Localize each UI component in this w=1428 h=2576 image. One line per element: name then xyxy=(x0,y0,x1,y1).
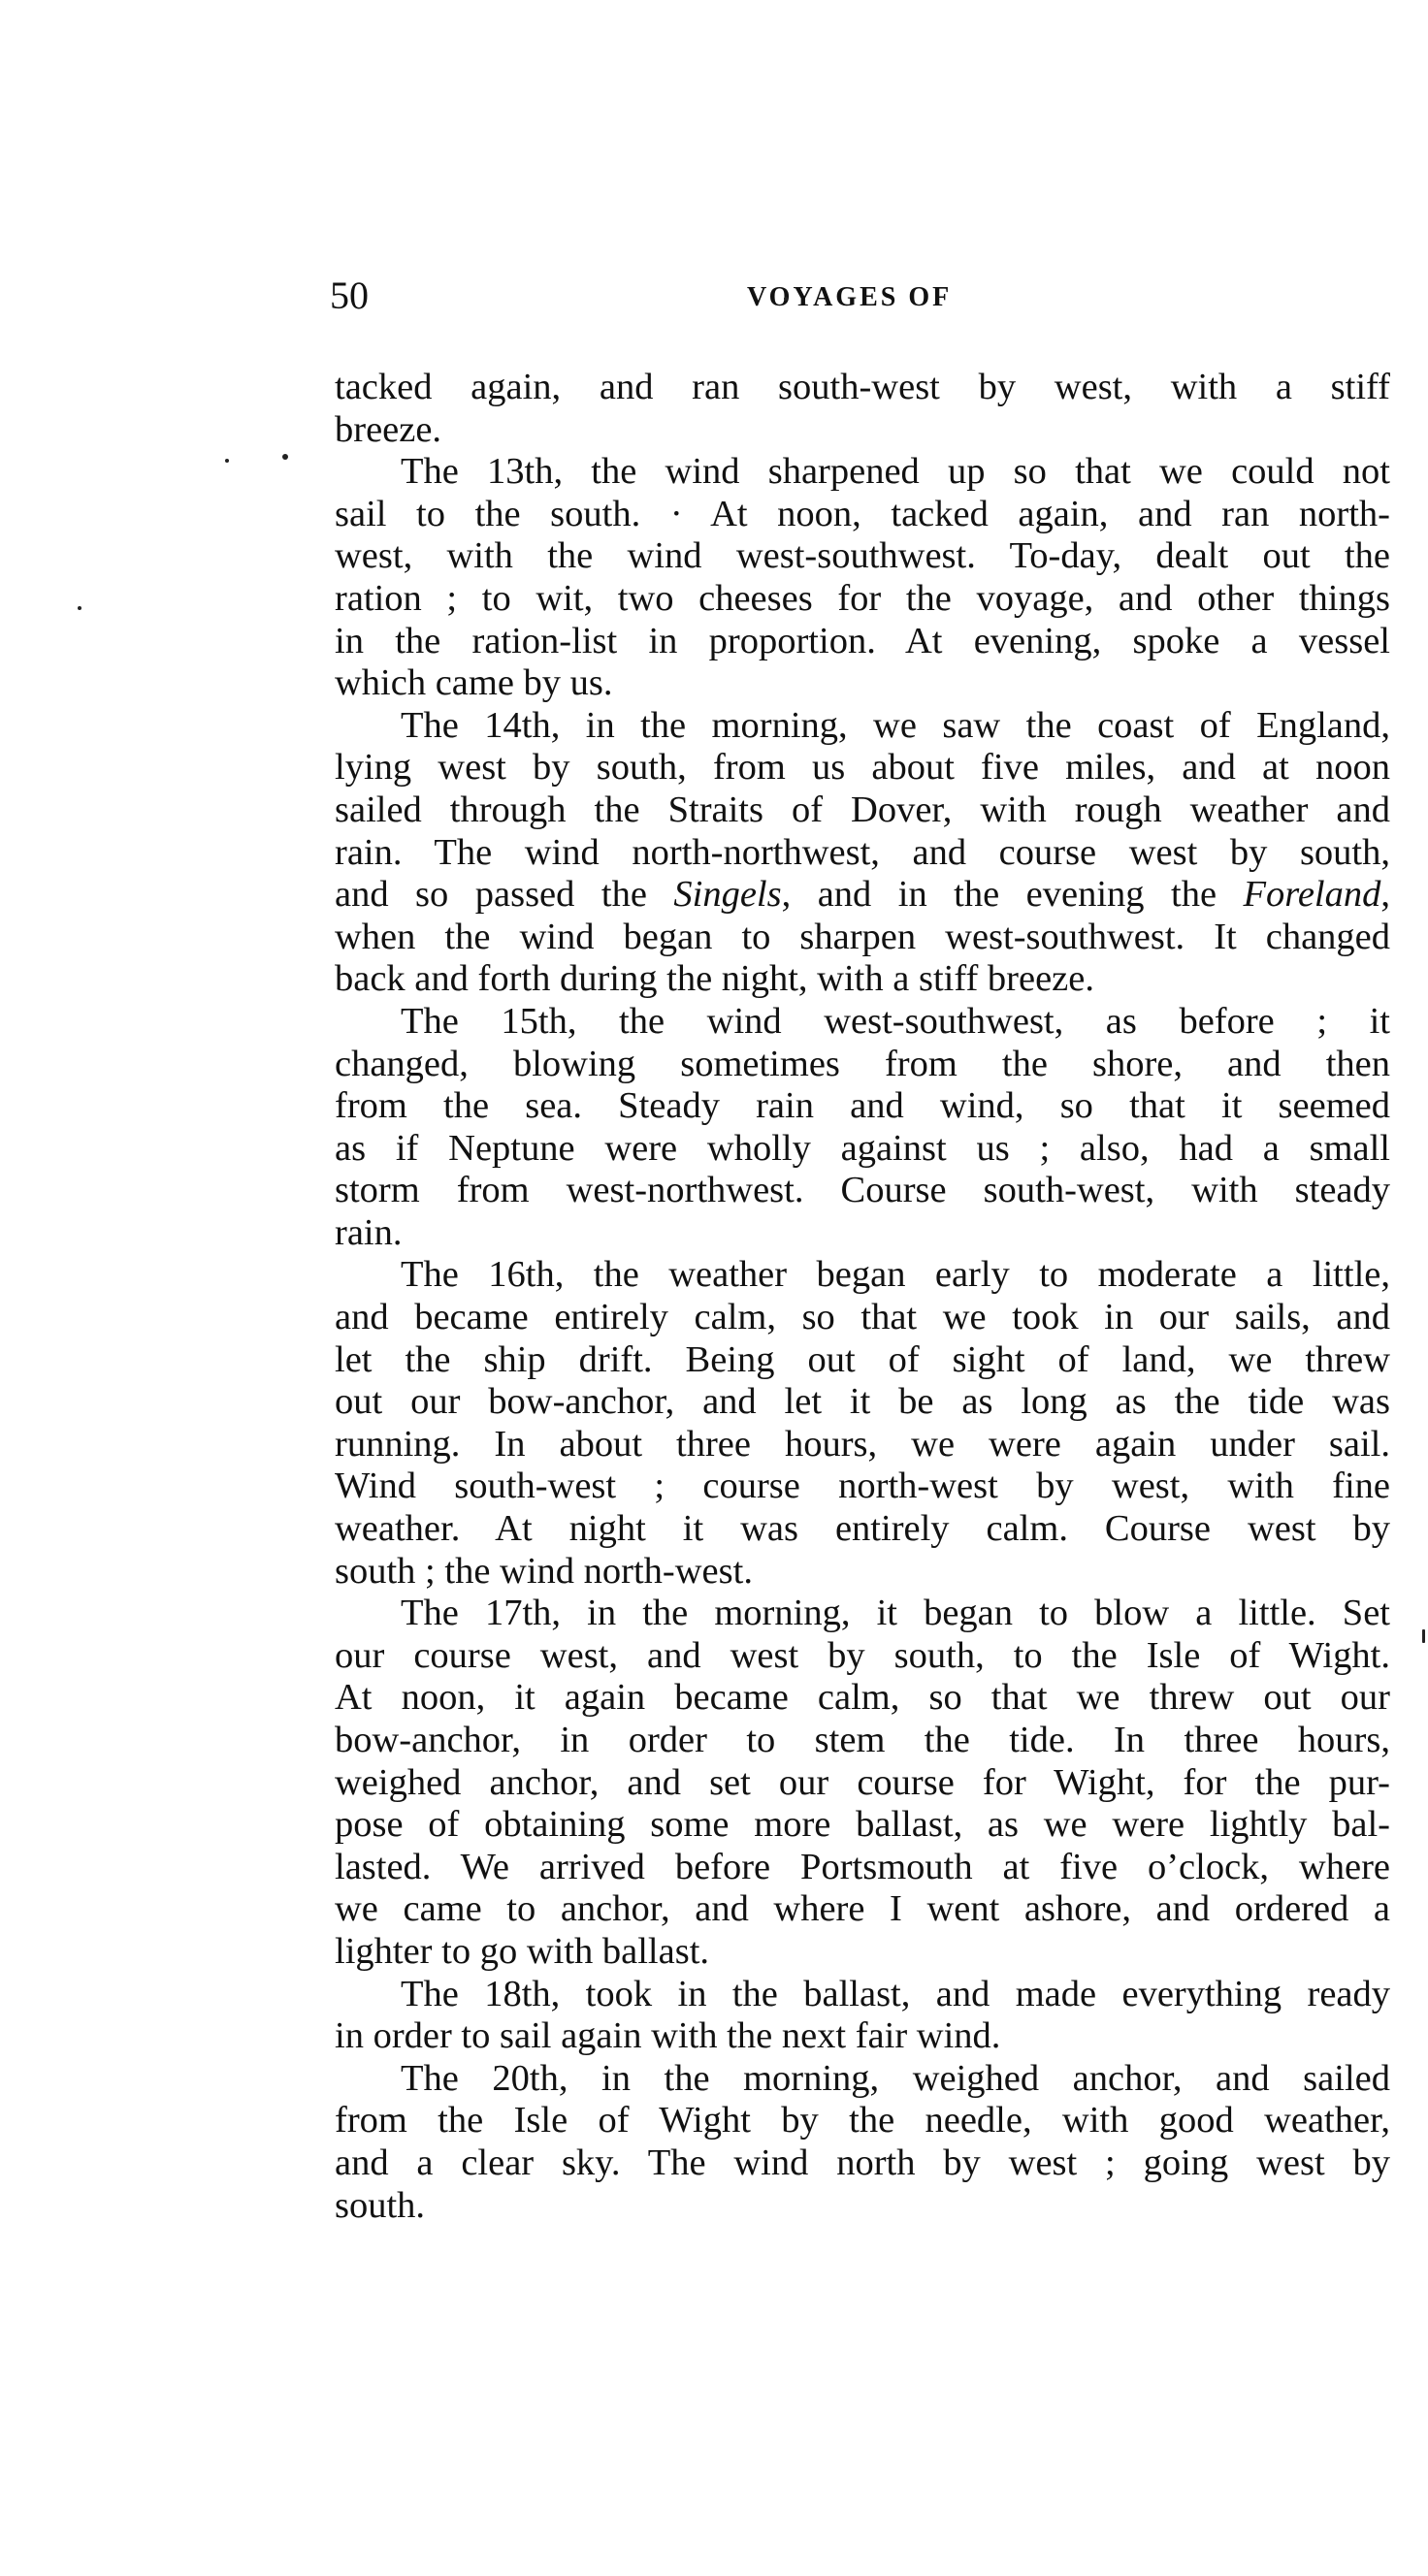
text-line: tacked again, and ran south-west by west… xyxy=(335,367,1390,409)
text-line: storm from west-northwest. Course south-… xyxy=(335,1170,1390,1212)
running-title: VOYAGES OF xyxy=(747,275,952,320)
text-line: breeze. xyxy=(335,409,1390,452)
text-line: Wind south-west ; course north-west by w… xyxy=(335,1465,1390,1508)
text-line: The 16th, the weather began early to mod… xyxy=(335,1254,1390,1297)
text-line: when the wind began to sharpen west-sout… xyxy=(335,917,1390,959)
text-line: back and forth during the night, with a … xyxy=(335,958,1390,1001)
paragraph-17th: The 17th, in the morning, it began to bl… xyxy=(335,1593,1390,1973)
text-line: from the sea. Steady rain and wind, so t… xyxy=(335,1085,1390,1128)
paragraph-16th: The 16th, the weather began early to mod… xyxy=(335,1254,1390,1593)
text-line: rain. The wind north-northwest, and cour… xyxy=(335,832,1390,875)
text-line: we came to anchor, and where I went asho… xyxy=(335,1888,1390,1931)
text-line: The 20th, in the morning, weighed anchor… xyxy=(335,2058,1390,2101)
text-line: The 18th, took in the ballast, and made … xyxy=(335,1974,1390,2016)
book-page: 50 VOYAGES OF tacked again, and ran sout… xyxy=(0,0,1428,2576)
text-line: and became entirely calm, so that we too… xyxy=(335,1297,1390,1339)
scan-speck xyxy=(1422,1629,1425,1643)
text-line: rain. xyxy=(335,1212,1390,1255)
text-line: changed, blowing sometimes from the shor… xyxy=(335,1044,1390,1086)
text-line: bow-anchor, in order to stem the tide. I… xyxy=(335,1720,1390,1762)
text-line: south. xyxy=(335,2185,1390,2228)
text-line: in the ration-list in proportion. At eve… xyxy=(335,621,1390,663)
paragraph-14th: The 14th, in the morning, we saw the coa… xyxy=(335,705,1390,1001)
text-line: and a clear sky. The wind north by west … xyxy=(335,2142,1390,2185)
text-line: sailed through the Straits of Dover, wit… xyxy=(335,789,1390,832)
paragraph-15th: The 15th, the wind west-southwest, as be… xyxy=(335,1001,1390,1255)
text-line: The 15th, the wind west-southwest, as be… xyxy=(335,1001,1390,1044)
page-number: 50 xyxy=(330,272,369,320)
text-line: lying west by south, from us about five … xyxy=(335,747,1390,789)
text-line: ration ; to wit, two cheeses for the voy… xyxy=(335,578,1390,621)
paragraph-continued: tacked again, and ran south-west by west… xyxy=(335,367,1390,451)
text-line: At noon, it again became calm, so that w… xyxy=(335,1677,1390,1720)
scan-speck xyxy=(78,606,81,610)
text-line: The 17th, in the morning, it began to bl… xyxy=(335,1593,1390,1635)
text-line: which came by us. xyxy=(335,662,1390,705)
italic-place-name: Foreland xyxy=(1244,874,1381,915)
text-line: from the Isle of Wight by the needle, wi… xyxy=(335,2100,1390,2142)
text-line: pose of obtaining some more ballast, as … xyxy=(335,1804,1390,1847)
text-line: The 14th, in the morning, we saw the coa… xyxy=(335,705,1390,748)
text-line: in order to sail again with the next fai… xyxy=(335,2015,1390,2058)
text-line: as if Neptune were wholly against us ; a… xyxy=(335,1128,1390,1171)
text-line: The 13th, the wind sharpened up so that … xyxy=(335,451,1390,494)
text-line: sail to the south. · At noon, tacked aga… xyxy=(335,494,1390,536)
paragraph-18th: The 18th, took in the ballast, and made … xyxy=(335,1974,1390,2058)
text-line: let the ship drift. Being out of sight o… xyxy=(335,1339,1390,1382)
scan-speck xyxy=(225,459,229,463)
text-line: lasted. We arrived before Portsmouth at … xyxy=(335,1847,1390,1889)
text-line: running. In about three hours, we were a… xyxy=(335,1424,1390,1466)
text-line: weather. At night it was entirely calm. … xyxy=(335,1508,1390,1551)
text-line: out our bow-anchor, and let it be as lon… xyxy=(335,1381,1390,1424)
paragraph-13th: The 13th, the wind sharpened up so that … xyxy=(335,451,1390,705)
italic-place-name: Singels xyxy=(673,874,781,915)
scan-speck xyxy=(282,454,288,460)
text-line: south ; the wind north-west. xyxy=(335,1551,1390,1594)
text-line: our course west, and west by south, to t… xyxy=(335,1635,1390,1678)
body-text: tacked again, and ran south-west by west… xyxy=(335,367,1390,2227)
scan-speck xyxy=(784,297,788,301)
paragraph-20th: The 20th, in the morning, weighed anchor… xyxy=(335,2058,1390,2227)
text-line: west, with the wind west-southwest. To-d… xyxy=(335,535,1390,578)
text-line: weighed anchor, and set our course for W… xyxy=(335,1762,1390,1805)
text-line: lighter to go with ballast. xyxy=(335,1931,1390,1974)
running-head: 50 VOYAGES OF xyxy=(330,272,1389,320)
text-line: and so passed the Singels, and in the ev… xyxy=(335,874,1390,917)
